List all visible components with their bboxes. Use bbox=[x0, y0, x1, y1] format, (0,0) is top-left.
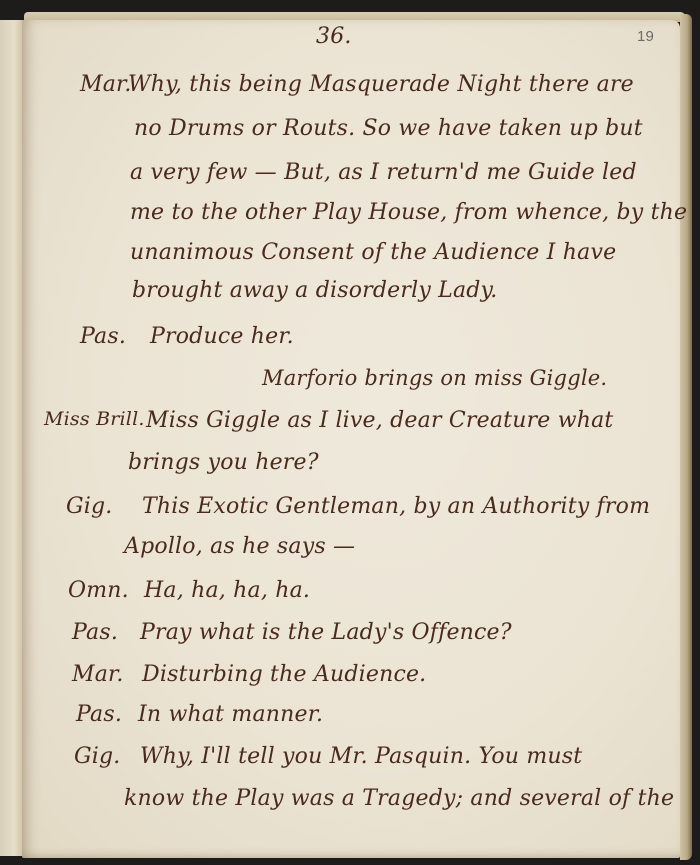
dialogue-line: In what manner. bbox=[138, 702, 323, 728]
speaker-label: Gig. bbox=[74, 744, 121, 769]
page-stack-right-edge bbox=[680, 14, 692, 860]
folio-number: 19 bbox=[637, 28, 654, 45]
speaker-label: Pas. bbox=[80, 324, 126, 349]
speaker-label: Pas. bbox=[72, 620, 118, 645]
speaker-label: Mar. bbox=[80, 72, 132, 97]
dialogue-line: Ha, ha, ha, ha. bbox=[144, 578, 310, 604]
dialogue-line: Pray what is the Lady's Offence? bbox=[140, 620, 512, 646]
dialogue-line: no Drums or Routs. So we have taken up b… bbox=[134, 116, 643, 142]
dialogue-line: brings you here? bbox=[128, 450, 319, 476]
dialogue-line: me to the other Play House, from whence,… bbox=[130, 200, 687, 226]
dialogue-line: Produce her. bbox=[150, 324, 294, 350]
speaker-label: Mar. bbox=[72, 662, 124, 687]
dialogue-line: Disturbing the Audience. bbox=[142, 662, 426, 688]
dialogue-line: a very few — But, as I return'd me Guide… bbox=[130, 160, 637, 186]
dialogue-line: know the Play was a Tragedy; and several… bbox=[124, 786, 674, 812]
dialogue-line: This Exotic Gentleman, by an Authority f… bbox=[142, 494, 650, 520]
dialogue-line: Apollo, as he says — bbox=[124, 534, 355, 560]
dialogue-line: Miss Giggle as I live, dear Creature wha… bbox=[146, 408, 613, 434]
speaker-label: Omn. bbox=[68, 578, 129, 603]
dialogue-line: Why, this being Masquerade Night there a… bbox=[128, 72, 634, 98]
dialogue-line: brought away a disorderly Lady. bbox=[132, 278, 497, 304]
dialogue-line: unanimous Consent of the Audience I have bbox=[130, 240, 616, 266]
page-number: 36. bbox=[316, 24, 352, 49]
manuscript-page bbox=[22, 20, 680, 858]
dialogue-line: Why, I'll tell you Mr. Pasquin. You must bbox=[140, 744, 582, 770]
stage-direction: Marforio brings on miss Giggle. bbox=[262, 366, 607, 390]
speaker-label: Miss Brill. bbox=[44, 408, 145, 430]
speaker-label: Pas. bbox=[76, 702, 122, 727]
speaker-label: Gig. bbox=[66, 494, 113, 519]
